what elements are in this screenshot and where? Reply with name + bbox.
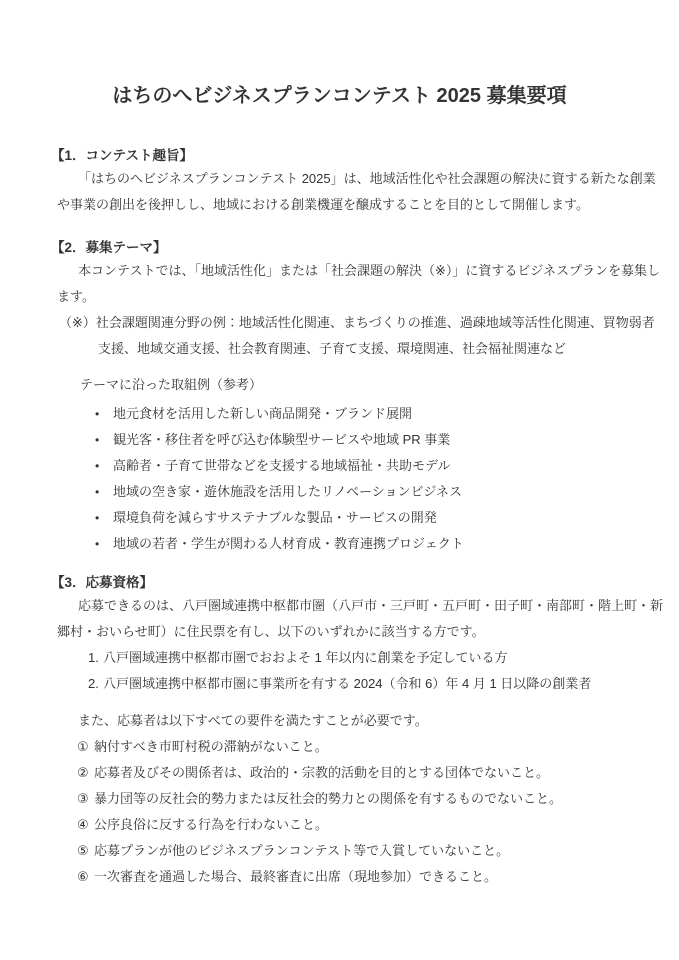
item-text: 一次審査を通過した場合、最終審査に出席（現地参加）できること。 (94, 864, 497, 890)
requirements-list: ① 納付すべき市町村税の滞納がないこと。 ② 応募者及びその関係者は、政治的・宗… (57, 734, 622, 890)
document-page: はちのへビジネスプランコンテスト 2025 募集要項 【1．コンテスト趣旨】 「… (0, 0, 679, 960)
list-item: 1. 八戸圏域連携中枢都市圏でおおよそ 1 年以内に創業を予定している方 (57, 645, 622, 671)
circled-number: ⑤ (77, 838, 94, 864)
item-text: 八戸圏域連携中枢都市圏に事業所を有する 2024（令和 6）年 4 月 1 日以… (103, 671, 591, 697)
examples-label: テーマに沿った取組例（参考） (57, 372, 622, 398)
bullet-icon: • (95, 505, 113, 531)
examples-list: • 地元食材を活用した新しい商品開発・ブランド展開 • 観光客・移住者を呼び込む… (57, 401, 622, 557)
item-text: 暴力団等の反社会的勢力または反社会的勢力との関係を有するものでないこと。 (94, 786, 562, 812)
section3-body-line: 応募できるのは、八戸圏域連携中枢都市圏（八戸市・三戸町・五戸町・田子町・南部町・… (57, 593, 622, 619)
section-contest-purpose: 【1．コンテスト趣旨】 「はちのへビジネスプランコンテスト 2025」は、地域活… (57, 146, 622, 218)
example-text: 地元食材を活用した新しい商品開発・ブランド展開 (113, 401, 412, 427)
theme-note-line: （※）社会課題関連分野の例：地域活性化関連、まちづくりの推進、過疎地域等活性化関… (57, 310, 622, 336)
circled-number: ① (77, 734, 94, 760)
example-text: 観光客・移住者を呼び込む体験型サービスや地域 PR 事業 (113, 427, 450, 453)
list-item: ③ 暴力団等の反社会的勢力または反社会的勢力との関係を有するものでないこと。 (57, 786, 622, 812)
section1-body-line: や事業の創出を後押しし、地域における創業機運を醸成することを目的として開催します… (57, 192, 622, 218)
bullet-icon: • (95, 427, 113, 453)
example-text: 環境負荷を減らすサステナブルな製品・サービスの開発 (113, 505, 437, 531)
section2-body-line: 本コンテストでは、「地域活性化」または「社会課題の解決（※）」に資するビジネスプ… (57, 258, 622, 284)
item-text: 応募プランが他のビジネスプランコンテスト等で入賞していないこと。 (94, 838, 509, 864)
item-text: 納付すべき市町村税の滞納がないこと。 (94, 734, 328, 760)
item-text: 応募者及びその関係者は、政治的・宗教的活動を目的とする団体でないこと。 (94, 760, 549, 786)
section2-body-line: ます。 (57, 284, 622, 310)
section3-body-line: 郷村・おいらせ町）に住民票を有し、以下のいずれかに該当する方です。 (57, 619, 622, 645)
document-title: はちのへビジネスプランコンテスト 2025 募集要項 (57, 82, 622, 110)
list-item: ② 応募者及びその関係者は、政治的・宗教的活動を目的とする団体でないこと。 (57, 760, 622, 786)
bullet-icon: • (95, 401, 113, 427)
bullet-icon: • (95, 531, 113, 557)
list-item: • 地域の若者・学生が関わる人材育成・教育連携プロジェクト (57, 531, 622, 557)
section1-heading: 【1．コンテスト趣旨】 (51, 146, 622, 166)
item-text: 公序良俗に反する行為を行わないこと。 (94, 812, 328, 838)
section-theme: 【2．募集テーマ】 本コンテストでは、「地域活性化」または「社会課題の解決（※）… (57, 238, 622, 557)
example-text: 地域の若者・学生が関わる人材育成・教育連携プロジェクト (113, 531, 464, 557)
example-text: 高齢者・子育て世帯などを支援する地域福祉・共助モデル (113, 453, 450, 479)
item-number: 1. (88, 645, 103, 671)
list-item: • 観光客・移住者を呼び込む体験型サービスや地域 PR 事業 (57, 427, 622, 453)
list-item: • 地元食材を活用した新しい商品開発・ブランド展開 (57, 401, 622, 427)
list-item: ① 納付すべき市町村税の滞納がないこと。 (57, 734, 622, 760)
circled-number: ④ (77, 812, 94, 838)
eligibility-numbered-list: 1. 八戸圏域連携中枢都市圏でおおよそ 1 年以内に創業を予定している方 2. … (57, 645, 622, 697)
list-item: • 高齢者・子育て世帯などを支援する地域福祉・共助モデル (57, 453, 622, 479)
list-item: • 地域の空き家・遊休施設を活用したリノベーションビジネス (57, 479, 622, 505)
circled-number: ② (77, 760, 94, 786)
list-item: ④ 公序良俗に反する行為を行わないこと。 (57, 812, 622, 838)
list-item: • 環境負荷を減らすサステナブルな製品・サービスの開発 (57, 505, 622, 531)
section1-body-line: 「はちのへビジネスプランコンテスト 2025」は、地域活性化や社会課題の解決に資… (57, 166, 622, 192)
requirements-intro: また、応募者は以下すべての要件を満たすことが必要です。 (57, 708, 622, 734)
bullet-icon: • (95, 479, 113, 505)
bullet-icon: • (95, 453, 113, 479)
section2-heading: 【2．募集テーマ】 (51, 238, 622, 258)
item-number: 2. (88, 671, 103, 697)
section-eligibility: 【3．応募資格】 応募できるのは、八戸圏域連携中枢都市圏（八戸市・三戸町・五戸町… (57, 573, 622, 890)
list-item: ⑥ 一次審査を通過した場合、最終審査に出席（現地参加）できること。 (57, 864, 622, 890)
theme-note-line: 支援、地域交通支援、社会教育関連、子育て支援、環境関連、社会福祉関連など (57, 336, 622, 362)
list-item: 2. 八戸圏域連携中枢都市圏に事業所を有する 2024（令和 6）年 4 月 1… (57, 671, 622, 697)
section3-heading: 【3．応募資格】 (51, 573, 622, 593)
circled-number: ③ (77, 786, 94, 812)
example-text: 地域の空き家・遊休施設を活用したリノベーションビジネス (113, 479, 462, 505)
item-text: 八戸圏域連携中枢都市圏でおおよそ 1 年以内に創業を予定している方 (103, 645, 507, 671)
list-item: ⑤ 応募プランが他のビジネスプランコンテスト等で入賞していないこと。 (57, 838, 622, 864)
circled-number: ⑥ (77, 864, 94, 890)
